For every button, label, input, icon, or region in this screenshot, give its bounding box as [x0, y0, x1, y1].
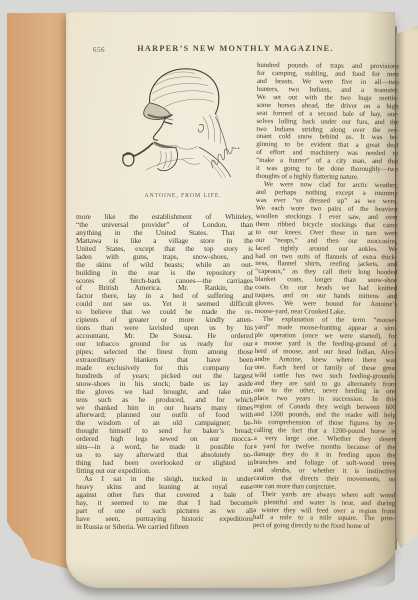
- text-line: we thanked him in our hearts many times: [76, 404, 253, 412]
- page-curl-shading-bottom: [66, 528, 395, 588]
- text-line: tions than were lavished upon us by his: [76, 324, 253, 332]
- text-line: more like the establishment of Whiteley,: [76, 213, 253, 221]
- ear: [198, 124, 204, 132]
- text-line: heavy skins and leaning at royal ease: [76, 483, 253, 491]
- book-photo: 656 HARPER’S NEW MONTHLY MAGAZINE.: [0, 0, 418, 600]
- text-line: extraordinary blankets that have been: [76, 356, 253, 364]
- running-header: HARPER’S NEW MONTHLY MAGAZINE.: [96, 44, 375, 53]
- text-line: hay, it seemed to me that I had become: [76, 499, 253, 507]
- text-line: pect of going directly to the fixed home…: [253, 522, 395, 531]
- left-text-column: more like the establishment of Whiteley,…: [76, 213, 253, 531]
- underlying-page-edge: [7, 13, 68, 569]
- text-line: have seen, portraying historic expeditio…: [76, 515, 253, 523]
- right-text-column: hundred pounds of traps and provisionsfo…: [253, 62, 399, 532]
- text-line: pipes; selected the finest from among th…: [76, 348, 253, 356]
- text-line: the wisdom of an old campaigner; be-: [76, 419, 253, 427]
- text-line: part of one of such pictures as we all: [76, 507, 253, 515]
- text-line: tens such as he produced, and for which: [76, 396, 253, 404]
- portrait-illustration: ANTOINE, FROM LIFE.: [102, 58, 264, 199]
- text-line: could not see us. Yet it seemed difficul…: [76, 300, 253, 308]
- figure-caption: ANTOINE, FROM LIFE.: [102, 193, 264, 199]
- text-line: made exclusively for this company for: [76, 364, 253, 372]
- text-line: of British America. Mr. Rankin, the: [76, 284, 253, 292]
- text-line: hundreds of years; picked out the larges…: [76, 372, 253, 380]
- text-line: As I sat in the sleigh, tucked in under: [76, 475, 253, 483]
- text-line: building in the rear is the repository o…: [76, 269, 253, 277]
- text-line: “the universal provider” of London, than: [76, 221, 253, 229]
- pipe: [123, 143, 153, 166]
- text-line: the skins of wild beasts; while an out-: [76, 261, 253, 269]
- text-line: the gloves we had brought, and take mit-: [76, 388, 253, 396]
- cap: [144, 69, 219, 120]
- magazine-page: 656 HARPER’S NEW MONTHLY MAGAZINE.: [66, 12, 395, 588]
- next-page-edge: [396, 26, 418, 548]
- text-line: anything in the United States. That at: [76, 229, 253, 237]
- text-line: accountant, Mr. De Sousa. He ordered: [76, 332, 253, 340]
- text-line: snow-shoes in his stock; bade us lay asi…: [76, 380, 253, 388]
- text-line: laden with guns, traps, snow-shoes, and: [76, 253, 253, 261]
- portrait-sketch-icon: [102, 58, 264, 188]
- text-line: us to say afterward that absolutely no-: [76, 451, 253, 459]
- text-line: Mattawa is like a village store in the: [76, 237, 253, 245]
- text-line: our tobacco ground for us ready for our: [76, 340, 253, 348]
- text-line: afterward; planned our outfit of food wi…: [76, 411, 253, 419]
- text-line: factor there, lay in a bed of suffering …: [76, 292, 253, 300]
- text-line: thing had been overlooked or slighted in: [76, 459, 253, 467]
- eye: [165, 122, 172, 124]
- text-line: scores of birch-bark canoes—the carriage…: [76, 277, 253, 285]
- beard: [154, 141, 178, 171]
- cap-hatching: [153, 72, 214, 107]
- text-line: in Russia or Siberia. We carried fifteen: [76, 523, 253, 531]
- text-line: fitting out our expedition.: [76, 467, 253, 475]
- text-line: thought himself to send for baker’s brea…: [76, 427, 253, 435]
- text-line: cipients of greater or more kindly atten…: [76, 316, 253, 324]
- text-line: to believe that we could be made the re-: [76, 308, 253, 316]
- text-line: sins—in a word, he made it possible for: [76, 443, 253, 451]
- text-line: ordered high legs sewed on our mocca-: [76, 435, 253, 443]
- text-line: against other furs that covered a bale o…: [76, 491, 253, 499]
- text-line: United States, except that the top story…: [76, 245, 253, 253]
